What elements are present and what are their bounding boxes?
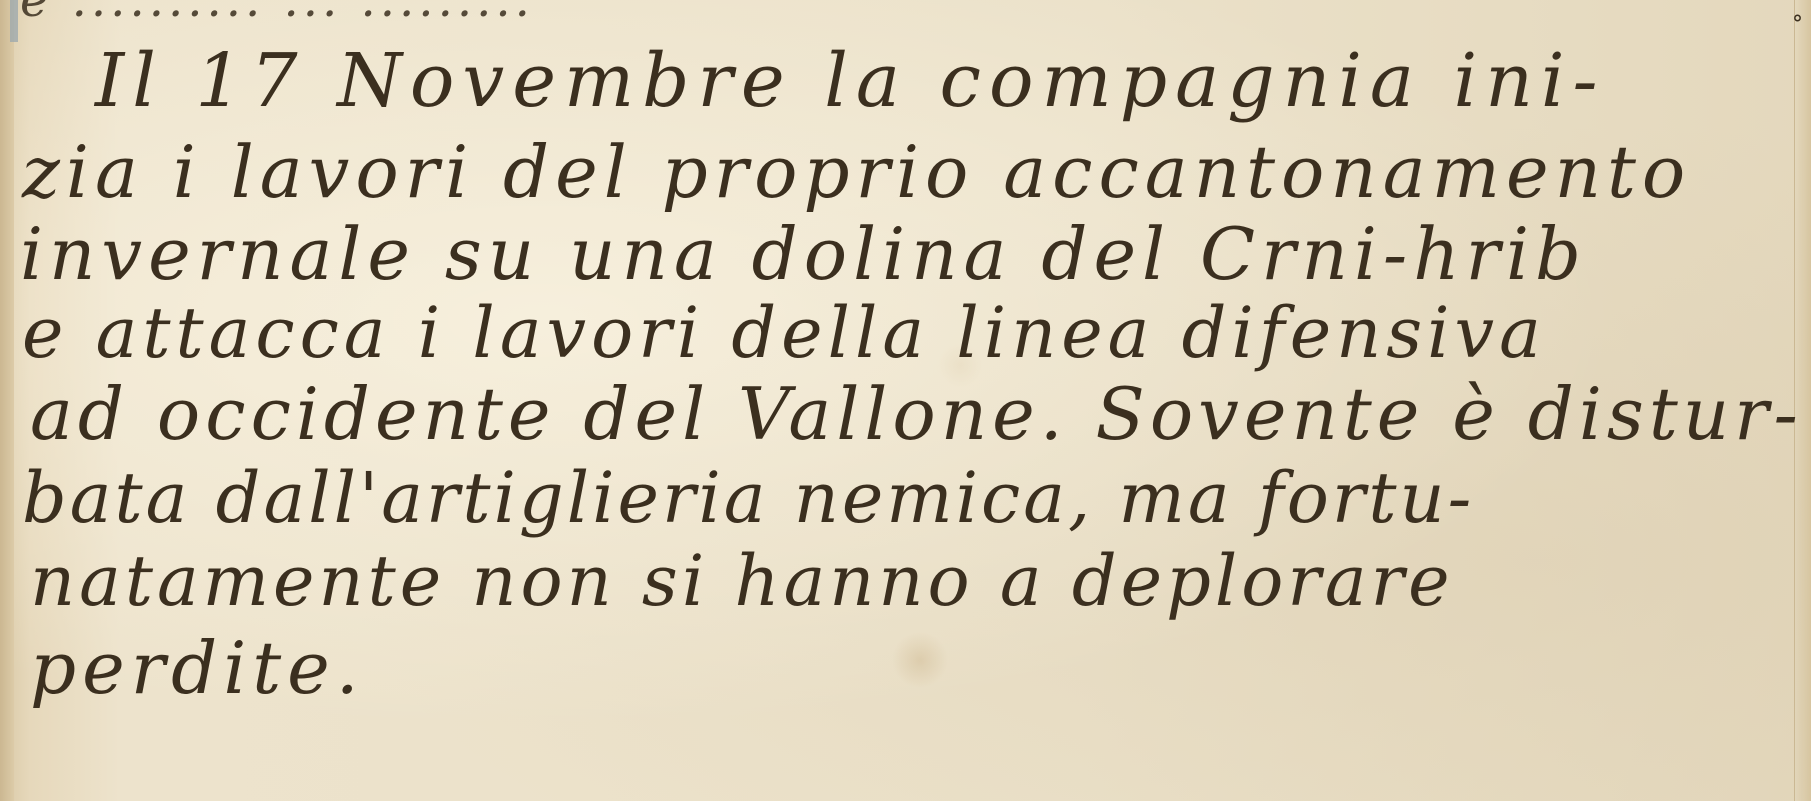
margin-mark-top-right: ° [1792, 12, 1803, 37]
text-line-4: e attacca i lavori della linea difensiva [22, 292, 1546, 374]
manuscript-page: e .......... ... ......... Il 17 Novembr… [0, 0, 1811, 801]
text-line-5: ad occidente del Vallone. Sovente è dist… [30, 372, 1803, 456]
text-line-8: perdite. [30, 626, 365, 710]
text-line-1: Il 17 Novembre la compagnia ini- [95, 38, 1606, 124]
page-binding-edge [0, 0, 14, 801]
text-line-3: invernale su una dolina del Crni-hrib [20, 212, 1587, 296]
cutoff-text-line: e .......... ... ......... [20, 0, 534, 28]
page-tab-marker [10, 0, 18, 42]
text-line-6: bata dall'artiglieria nemica, ma fortu- [22, 457, 1474, 539]
text-line-7: natamente non si hanno a deplorare [30, 540, 1454, 622]
text-line-2: zia i lavori del proprio accantonamento [22, 130, 1691, 214]
